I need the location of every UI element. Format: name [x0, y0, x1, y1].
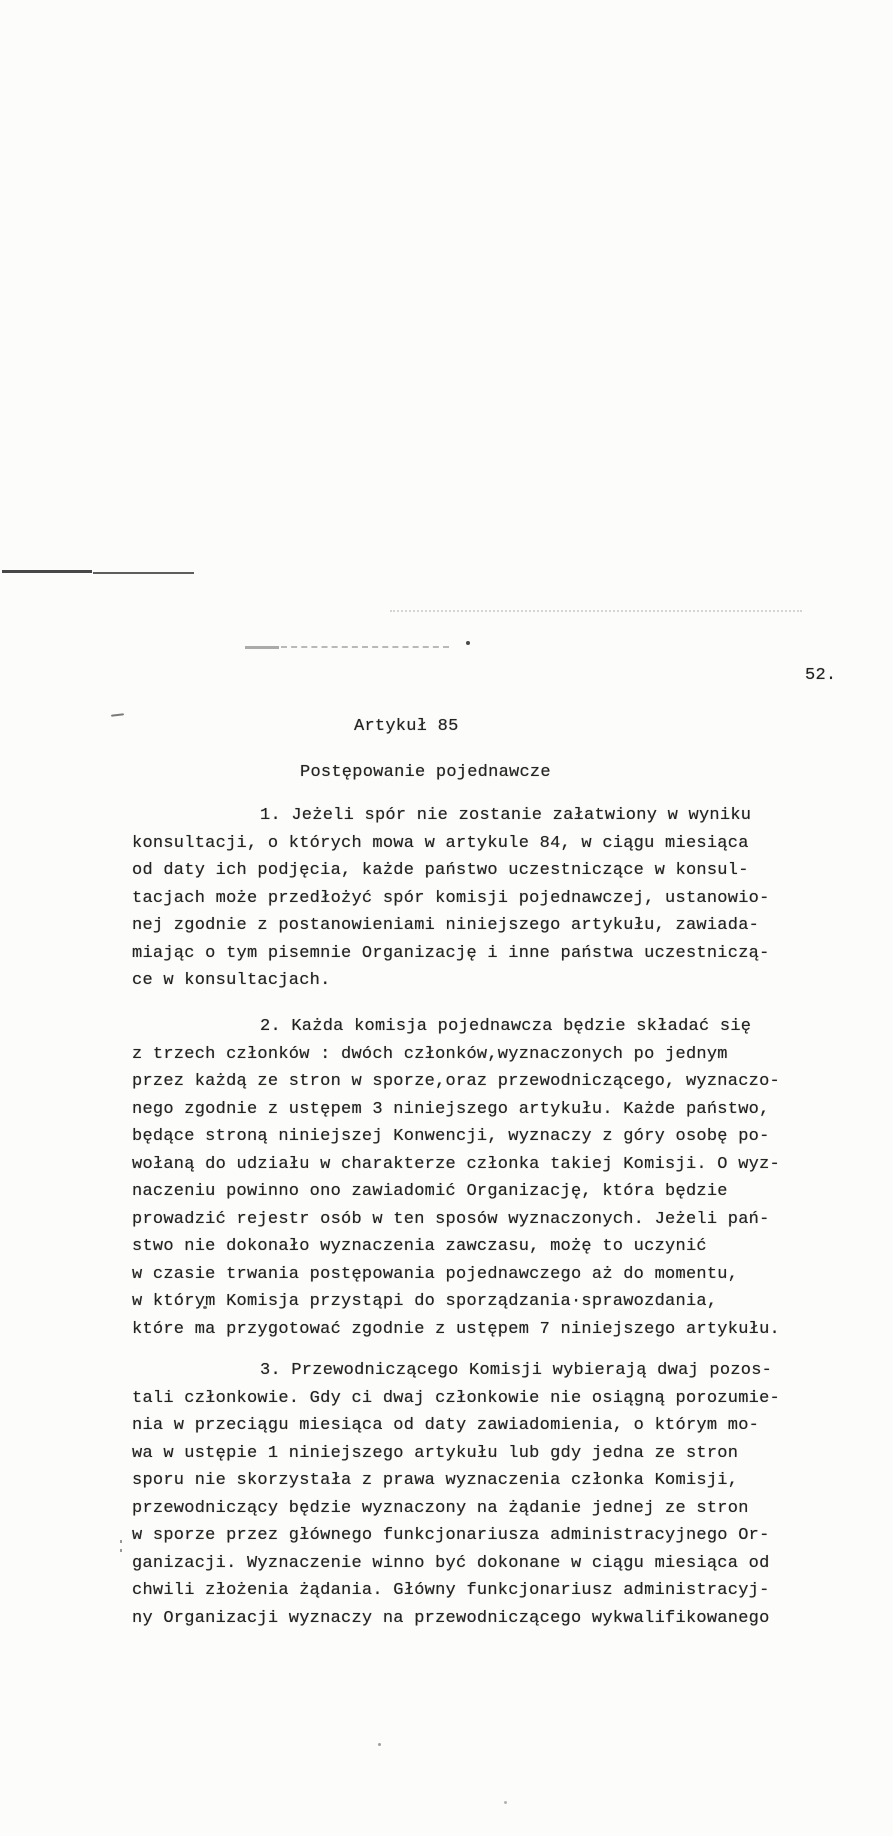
top-left-rule-segment-1	[2, 570, 92, 573]
text-line: przewodniczący będzie wyznaczony na żąda…	[132, 1495, 832, 1523]
text-line: nej zgodnie z postanowieniami niniejszeg…	[132, 912, 832, 940]
scan-speck	[120, 1540, 122, 1543]
text-line: wa w ustępie 1 niniejszego artykułu lub …	[132, 1440, 832, 1468]
text-line: od daty ich podjęcia, każde państwo ucze…	[132, 857, 832, 885]
text-line: przez każdą ze stron w sporze,oraz przew…	[132, 1068, 832, 1096]
text-line: w czasie trwania postępowania pojednawcz…	[132, 1261, 832, 1289]
text-line: sporu nie skorzystała z prawa wyznaczeni…	[132, 1467, 832, 1495]
article-heading: Artykuł 85	[354, 717, 459, 736]
text-line: konsultacji, o których mowa w artykule 8…	[132, 830, 832, 858]
text-line: ny Organizacji wyznaczy na przewodnicząc…	[132, 1605, 832, 1633]
scan-smudge-line	[281, 646, 449, 648]
document-page: 52. Artykuł 85 Postępowanie pojednawcze …	[0, 0, 893, 1836]
text-line: 3. Przewodniczącego Komisji wybierają dw…	[132, 1357, 832, 1385]
text-line: w którym Komisja przystąpi do sporządzan…	[132, 1288, 832, 1316]
scan-speck	[466, 641, 470, 645]
text-line: nego zgodnie z ustępem 3 niniejszego art…	[132, 1096, 832, 1124]
text-line: będące stroną niniejszej Konwencji, wyzn…	[132, 1123, 832, 1151]
paragraph-1: 1. Jeżeli spór nie zostanie załatwiony w…	[132, 802, 832, 995]
text-line: chwili złożenia żądania. Główny funkcjon…	[132, 1577, 832, 1605]
margin-mark	[111, 713, 124, 717]
scan-smudge-line	[390, 610, 802, 612]
scan-speck	[378, 1743, 381, 1746]
text-line: naczeniu powinno ono zawiadomić Organiza…	[132, 1178, 832, 1206]
text-line: 2. Każda komisja pojednawcza będzie skła…	[132, 1013, 832, 1041]
text-line: nia w przeciągu miesiąca od daty zawiado…	[132, 1412, 832, 1440]
paragraph-2: 2. Każda komisja pojednawcza będzie skła…	[132, 1013, 832, 1343]
text-line: które ma przygotować zgodnie z ustępem 7…	[132, 1316, 832, 1344]
paragraph-3: 3. Przewodniczącego Komisji wybierają dw…	[132, 1357, 832, 1632]
text-line: z trzech członków : dwóch członków,wyzna…	[132, 1041, 832, 1069]
text-line: tacjach może przedłożyć spór komisji poj…	[132, 885, 832, 913]
text-line: prowadzić rejestr osób w ten sposów wyzn…	[132, 1206, 832, 1234]
text-line: tali członkowie. Gdy ci dwaj członkowie …	[132, 1385, 832, 1413]
text-line: w sporze przez głównego funkcjonariusza …	[132, 1522, 832, 1550]
page-number: 52.	[805, 666, 836, 685]
top-left-rule-segment-2	[93, 572, 194, 574]
text-line: ce w konsultacjach.	[132, 967, 832, 995]
scan-speck	[504, 1801, 507, 1804]
text-line: stwo nie dokonało wyznaczenia zawczasu, …	[132, 1233, 832, 1261]
text-line: miając o tym pisemnie Organizację i inne…	[132, 940, 832, 968]
text-line: 1. Jeżeli spór nie zostanie załatwiony w…	[132, 802, 832, 830]
text-line: ganizacji. Wyznaczenie winno być dokonan…	[132, 1550, 832, 1578]
text-line: wołaną do udziału w charakterze członka …	[132, 1151, 832, 1179]
article-subtitle: Postępowanie pojednawcze	[300, 763, 551, 782]
